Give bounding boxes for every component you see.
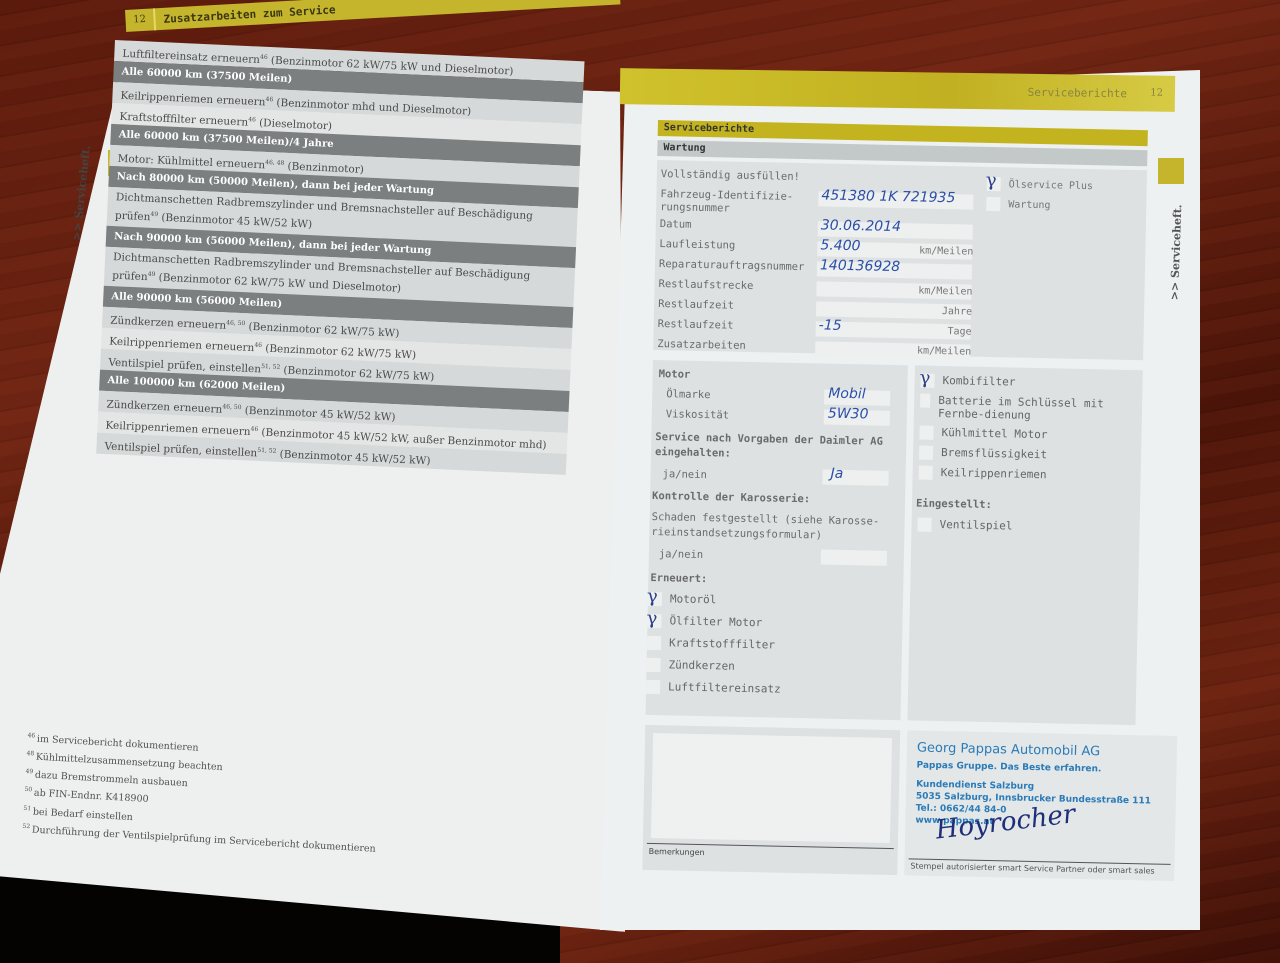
- checkbox[interactable]: [919, 446, 933, 460]
- checklist-item[interactable]: Luftfiltereinsatz: [646, 680, 856, 698]
- checkbox-label: Keilrippenriemen: [941, 466, 1047, 481]
- field-value: 5.400: [820, 237, 860, 254]
- service-type-options: Ölservice PlusWartung: [986, 175, 1093, 217]
- checkbox[interactable]: [919, 466, 933, 480]
- field-unit: km/Meilen: [895, 245, 973, 258]
- field-value: 451380 1K 721935: [821, 187, 955, 206]
- checkbox[interactable]: [647, 636, 661, 650]
- footnote-ref: 51, 52: [257, 447, 276, 455]
- checkbox[interactable]: [647, 614, 661, 628]
- field-label: Reparaturauftragsnummer: [659, 258, 805, 274]
- checklist-item[interactable]: Batterie im Schlüssel mit Fernbe-dienung: [920, 394, 1130, 424]
- checkbox-label: Zündkerzen: [668, 658, 734, 672]
- bottom-section: Bemerkungen Georg Pappas Automobil AG Pa…: [642, 725, 1135, 885]
- body-check-yesno-label: ja/nein: [659, 548, 704, 561]
- footnote-number: 52: [22, 823, 32, 831]
- footnote-number: 48: [26, 750, 36, 758]
- field-label: Fahrzeug-Identifizie- rungsnummer: [660, 188, 793, 217]
- stamp-slogan: Pappas Gruppe. Das Beste erfahren.: [916, 761, 1101, 775]
- field-value: 140136928: [820, 257, 900, 275]
- body-check-text: Schaden festgestellt (siehe Karosse-riei…: [651, 510, 887, 545]
- left-page-number: 12: [125, 8, 156, 32]
- motor-title: Motor: [659, 368, 691, 381]
- adjusted-title: Eingestellt:: [916, 497, 992, 511]
- field-label: Laufleistung: [659, 238, 735, 253]
- interval-text: Alle 100000 km (62000 Meilen): [107, 375, 285, 394]
- adjusted-list: Ventilspiel: [917, 518, 1127, 542]
- right-page-title: Serviceberichte: [1028, 86, 1128, 100]
- body-check-yesno-field[interactable]: [821, 550, 887, 566]
- checkbox[interactable]: [987, 177, 1001, 191]
- checkbox-label: Batterie im Schlüssel mit Fernbe-dienung: [938, 394, 1130, 424]
- dealer-stamp: Georg Pappas Automobil AG Pappas Gruppe.…: [904, 730, 1177, 881]
- checkbox[interactable]: [646, 658, 660, 672]
- checkbox[interactable]: [919, 426, 933, 440]
- checkbox[interactable]: [917, 518, 931, 532]
- checkbox-label: Bremsflüssigkeit: [941, 446, 1047, 461]
- checklist-item[interactable]: Kombifilter: [920, 374, 1130, 392]
- service-type-option[interactable]: Wartung: [986, 195, 1093, 217]
- right-side-tab-marker: [1158, 158, 1184, 184]
- right-page-header: Serviceberichte 12: [620, 68, 1175, 112]
- checkbox-label: Kraftstofffilter: [669, 636, 775, 651]
- checkbox-label: Wartung: [1008, 199, 1050, 211]
- field-label: Restlaufzeit: [658, 298, 734, 313]
- checklist-item[interactable]: Keilrippenriemen: [919, 466, 1129, 484]
- task-scope: (Benzinmotor 45 kW/52 kW): [158, 212, 313, 231]
- stamp-company: Georg Pappas Automobil AG: [917, 741, 1101, 760]
- remarks-label: Bemerkungen: [649, 847, 705, 857]
- middle-section: Motor Ölmarke Mobil Viskosität 5W30 Serv…: [645, 360, 1142, 730]
- checkbox-label: Kombifilter: [942, 374, 1015, 389]
- checkbox[interactable]: [920, 374, 934, 388]
- interval-text: Alle 60000 km (37500 Meilen): [121, 66, 292, 85]
- field-value: -15: [819, 317, 842, 333]
- body-check-title: Kontrolle der Karosserie:: [652, 490, 810, 505]
- oil-brand-value: Mobil: [828, 386, 866, 403]
- field-label: Datum: [660, 218, 692, 232]
- field-unit: km/Meilen: [894, 285, 972, 298]
- renewed-list: MotorölÖlfilter MotorKraftstofffilterZün…: [646, 592, 858, 706]
- footnote-number: 51: [23, 805, 33, 813]
- checkbox[interactable]: [646, 680, 660, 694]
- viscosity-value: 5W30: [828, 406, 869, 423]
- daimler-yesno-label: ja/nein: [662, 468, 707, 481]
- footnote-ref: 46, 48: [265, 159, 284, 167]
- maintenance-table: Luftfiltereinsatz erneuern46 (Benzinmoto…: [96, 40, 584, 475]
- daimler-title: Service nach Vorgaben der Daimler AG ein…: [655, 430, 896, 465]
- footnotes: 46 im Servicebericht dokumentieren48 Küh…: [22, 728, 381, 857]
- footnote-ref: 46, 50: [226, 319, 245, 327]
- field-unit: Jahre: [894, 305, 972, 318]
- renewed-right-list: KombifilterBatterie im Schlüssel mit Fer…: [918, 374, 1130, 490]
- right-page-number: 12: [1150, 88, 1163, 99]
- footnote-number: 46: [27, 732, 37, 740]
- checkbox-label: Ölfilter Motor: [669, 614, 762, 629]
- remarks-area: [651, 733, 892, 843]
- remarks-box[interactable]: Bemerkungen: [642, 725, 900, 875]
- footnote-ref: 51, 52: [261, 363, 280, 371]
- field-unit: km/Meilen: [893, 345, 971, 358]
- footnote-number: 49: [25, 768, 35, 776]
- interval-text: Alle 90000 km (56000 Meilen): [111, 291, 282, 310]
- footnote-ref: 46, 50: [222, 403, 241, 411]
- checkbox-label: Kühlmittel Motor: [941, 426, 1047, 441]
- motor-panel: Motor Ölmarke Mobil Viskosität 5W30 Serv…: [646, 360, 908, 720]
- vehicle-data-panel: Vollständig ausfüllen! Ölservice PlusWar…: [653, 160, 1147, 360]
- checkbox-label: Ventilspiel: [939, 518, 1012, 533]
- oil-brand-label: Ölmarke: [666, 388, 711, 401]
- field-value: 30.06.2014: [821, 217, 901, 235]
- field-label: Restlaufzeit: [658, 318, 734, 333]
- checkbox-label: Luftfiltereinsatz: [668, 680, 781, 695]
- checkbox[interactable]: [986, 197, 1000, 211]
- checklist-item[interactable]: Zündkerzen: [646, 658, 856, 676]
- viscosity-label: Viskosität: [666, 408, 729, 421]
- checklist-item[interactable]: Motoröl: [648, 592, 858, 610]
- footnote-number: 50: [24, 786, 34, 794]
- checklist-item[interactable]: Ölfilter Motor: [647, 614, 857, 632]
- field-label: Zusatzarbeiten: [657, 338, 746, 353]
- checkbox-label: Motoröl: [670, 592, 717, 606]
- checkbox[interactable]: [920, 394, 930, 408]
- daimler-yesno-value: Ja: [830, 466, 843, 482]
- field-label: Restlaufstrecke: [658, 278, 753, 293]
- service-report-form: Serviceberichte Wartung Vollständig ausf…: [653, 120, 1148, 360]
- checklist-item[interactable]: Kühlmittel Motor: [919, 426, 1129, 444]
- checklist-item[interactable]: Ventilspiel: [917, 518, 1127, 536]
- field-unit: Tage: [894, 325, 972, 338]
- checkbox-label: Ölservice Plus: [1009, 179, 1094, 192]
- service-type-option[interactable]: Ölservice Plus: [987, 175, 1094, 197]
- renewed-right-panel: KombifilterBatterie im Schlüssel mit Fer…: [907, 365, 1142, 725]
- instruction-text: Vollständig ausfüllen!: [661, 168, 800, 183]
- renewed-title: Erneuert:: [650, 572, 707, 585]
- checklist-item[interactable]: Kraftstofffilter: [647, 636, 857, 654]
- checklist-item[interactable]: Bremsflüssigkeit: [919, 446, 1129, 464]
- checkbox[interactable]: [648, 592, 662, 606]
